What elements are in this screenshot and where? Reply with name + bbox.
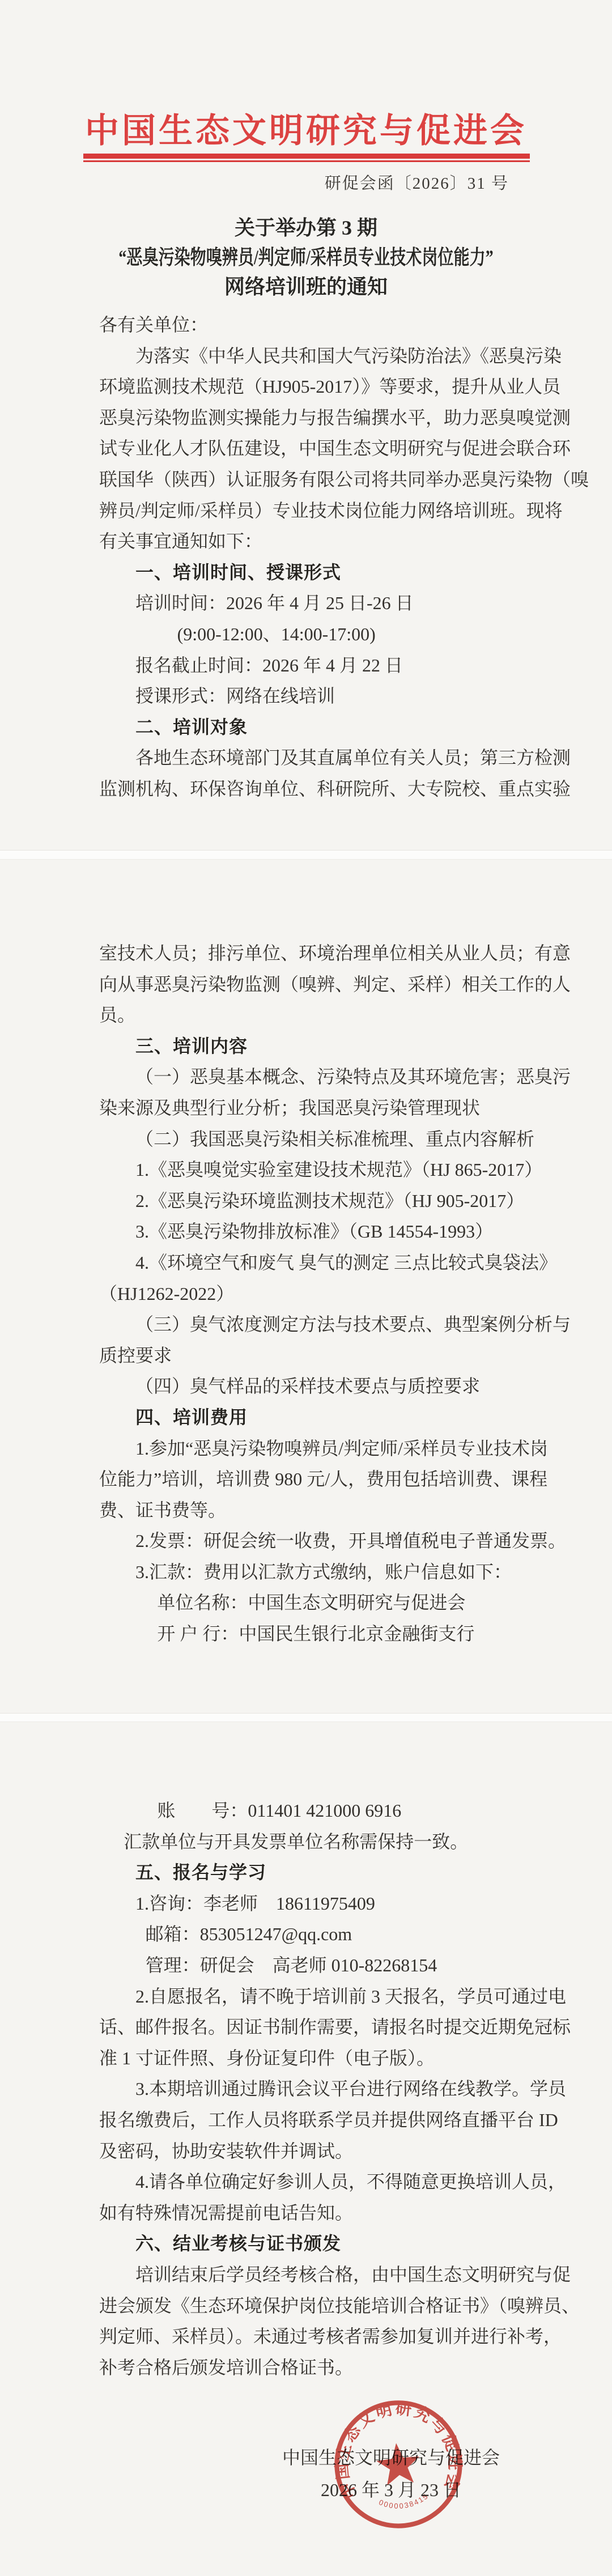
text-line: 向从事恶臭污染物监测（嗅辨、判定、采样）相关工作的人 bbox=[99, 969, 538, 1000]
text-line: 员。 bbox=[99, 1000, 538, 1031]
seal-number: 0000038415 bbox=[377, 2491, 431, 2513]
text-line: 及密码，协助安装软件并调试。 bbox=[99, 2136, 538, 2167]
text-line: 各地生态环境部门及其直属单位有关人员；第三方检测 bbox=[99, 742, 538, 773]
red-divider-thin-line bbox=[83, 160, 530, 162]
text-line: 进会颁发《生态环境保护岗位技能培训合格证书》（嗅辨员、 bbox=[99, 2290, 538, 2322]
doc-title-line-3: 网络培训班的通知 bbox=[0, 272, 612, 301]
text-line: 汇款单位与开具发票单位名称需保持一致。 bbox=[99, 1826, 538, 1857]
text-line: 1.参加“恶臭污染物嗅辨员/判定师/采样员专业技术岗 bbox=[99, 1433, 538, 1464]
text-line: 试专业化人才队伍建设，中国生态文明研究与促进会联合环 bbox=[99, 433, 538, 464]
text-line: 管理：研促会 高老师 010-82268154 bbox=[99, 1950, 538, 1981]
text-line: 培训时间：2026 年 4 月 25 日-26 日 bbox=[99, 588, 538, 619]
text-line: 4.请各单位确定好参训人员，不得随意更换培训人员， bbox=[99, 2166, 538, 2197]
text-line: 培训结束后学员经考核合格，由中国生态文明研究与促 bbox=[99, 2259, 538, 2290]
text-line: 1.咨询：李老师 18611975409 bbox=[99, 1888, 538, 1919]
document-page-2: 室技术人员；排污单位、环境治理单位相关从业人员；有意向从事恶臭污染物监测（嗅辨、… bbox=[0, 859, 612, 1714]
text-line: 六、结业考核与证书颁发 bbox=[99, 2228, 538, 2259]
text-line: 账 号：011401 421000 6916 bbox=[99, 1795, 538, 1826]
official-seal-stamp: 中国生态文明研究与促进会 0000038415 bbox=[325, 2391, 471, 2537]
text-line: 单位名称：中国生态文明研究与促进会 bbox=[99, 1587, 538, 1618]
text-line: 恶臭污染物监测实操能力与报告编撰水平，助力恶臭嗅觉测 bbox=[99, 402, 538, 433]
page-3-body-text: 账 号：011401 421000 6916汇款单位与开具发票单位名称需保持一致… bbox=[99, 1795, 538, 2383]
text-line: 室技术人员；排污单位、环境治理单位相关从业人员；有意 bbox=[99, 938, 538, 969]
text-line: 质控要求 bbox=[99, 1340, 538, 1371]
doc-title-line-2: “恶臭污染物嗅辨员/判定师/采样员专业技术岗位能力” bbox=[67, 243, 545, 272]
text-line: 报名截止时间：2026 年 4 月 22 日 bbox=[99, 650, 538, 681]
text-line: 监测机构、环保咨询单位、科研院所、大专院校、重点实验 bbox=[99, 773, 538, 805]
text-line: 位能力”培训，培训费 980 元/人，费用包括培训费、课程 bbox=[99, 1464, 538, 1495]
text-line: 为落实《中华人民共和国大气污染防治法》《恶臭污染 bbox=[99, 341, 538, 372]
document-page-3: 账 号：011401 421000 6916汇款单位与开具发票单位名称需保持一致… bbox=[0, 1721, 612, 2576]
text-line: (9:00-12:00、14:00-17:00) bbox=[99, 619, 538, 650]
text-line: 3.汇款：费用以汇款方式缴纳，账户信息如下： bbox=[99, 1557, 538, 1588]
text-line: 报名缴费后，工作人员将联系学员并提供网络直播平台 ID bbox=[99, 2105, 538, 2136]
text-line: （三）臭气浓度测定方法与技术要点、典型案例分析与 bbox=[99, 1309, 538, 1340]
svg-text:0000038415: 0000038415 bbox=[377, 2491, 431, 2513]
text-line: 费、证书费等。 bbox=[99, 1495, 538, 1526]
doc-number: 研促会函〔2026〕31 号 bbox=[99, 171, 509, 194]
text-line: 1.《恶臭嗅觉实验室建设技术规范》（HJ 865-2017） bbox=[99, 1154, 538, 1185]
text-line: 话、邮件报名。因证书制作需要，请报名时提交近期免冠标 bbox=[99, 2012, 538, 2043]
text-line: （二）我国恶臭污染相关标准梳理、重点内容解析 bbox=[99, 1124, 538, 1155]
text-line: 2.《恶臭污染环境监测技术规范》（HJ 905-2017） bbox=[99, 1185, 538, 1217]
text-line: 补考合格后颁发培训合格证书。 bbox=[99, 2352, 538, 2383]
text-line: 有关事宜通知如下： bbox=[99, 526, 538, 557]
text-line: 联国华（陕西）认证服务有限公司将共同举办恶臭污染物（嗅 bbox=[99, 464, 538, 495]
text-line: 授课形式：网络在线培训 bbox=[99, 681, 538, 712]
text-line: 环境监测技术规范（HJ905-2017）》等要求，提升从业人员 bbox=[99, 371, 538, 402]
text-line: 一、培训时间、授课形式 bbox=[99, 557, 538, 588]
doc-title: 关于举办第 3 期 “恶臭污染物嗅辨员/判定师/采样员专业技术岗位能力” 网络培… bbox=[0, 213, 612, 301]
text-line: （四）臭气样品的采样技术要点与质控要求 bbox=[99, 1371, 538, 1402]
doc-title-line-1: 关于举办第 3 期 bbox=[0, 213, 612, 243]
page-2-body-text: 室技术人员；排污单位、环境治理单位相关从业人员；有意向从事恶臭污染物监测（嗅辨、… bbox=[99, 938, 538, 1650]
text-line: （一）恶臭基本概念、污染特点及其环境危害；恶臭污 bbox=[99, 1061, 538, 1093]
text-line: 三、培训内容 bbox=[99, 1031, 538, 1062]
seal-star-icon bbox=[375, 2441, 422, 2486]
text-line: 判定师、采样员）。未通过考核者需参加复训并进行补考， bbox=[99, 2321, 538, 2352]
text-line: 五、报名与学习 bbox=[99, 1857, 538, 1888]
text-line: 3.《恶臭污染物排放标准》（GB 14554-1993） bbox=[99, 1216, 538, 1247]
text-line: （HJ1262-2022） bbox=[99, 1278, 538, 1310]
text-line: 准 1 寸证件照、身份证复印件（电子版）。 bbox=[99, 2043, 538, 2074]
text-line: 开 户 行：中国民生银行北京金融街支行 bbox=[99, 1618, 538, 1650]
text-line: 2.自愿报名，请不晚于培训前 3 天报名，学员可通过电 bbox=[99, 1981, 538, 2012]
masthead-title: 中国生态文明研究与促进会 bbox=[0, 104, 612, 152]
document-page-1: 中国生态文明研究与促进会 研促会函〔2026〕31 号 关于举办第 3 期 “恶… bbox=[0, 0, 612, 851]
text-line: 4.《环境空气和废气 臭气的测定 三点比较式臭袋法》 bbox=[99, 1247, 538, 1278]
red-divider-thick-line bbox=[83, 154, 530, 159]
text-line: 二、培训对象 bbox=[99, 712, 538, 743]
text-line: 各有关单位： bbox=[99, 309, 538, 341]
text-line: 染来源及典型行业分析；我国恶臭污染管理现状 bbox=[99, 1093, 538, 1124]
text-line: 2.发票：研促会统一收费，开具增值税电子普通发票。 bbox=[99, 1525, 538, 1557]
text-line: 四、培训费用 bbox=[99, 1402, 538, 1433]
red-divider bbox=[83, 154, 530, 162]
text-line: 3.本期培训通过腾讯会议平台进行网络在线教学。学员 bbox=[99, 2073, 538, 2105]
page-1-body-text: 各有关单位：为落实《中华人民共和国大气污染防治法》《恶臭污染环境监测技术规范（H… bbox=[99, 309, 538, 805]
text-line: 邮箱：853051247@qq.com bbox=[99, 1919, 538, 1950]
scanned-notice-document: { "doc": { "masthead": "中国生态文明研究与促进会", "… bbox=[0, 0, 612, 2576]
text-line: 辨员/判定师/采样员）专业技术岗位能力网络培训班。现将 bbox=[99, 495, 538, 526]
text-line: 如有特殊情况需提前电话告知。 bbox=[99, 2197, 538, 2229]
